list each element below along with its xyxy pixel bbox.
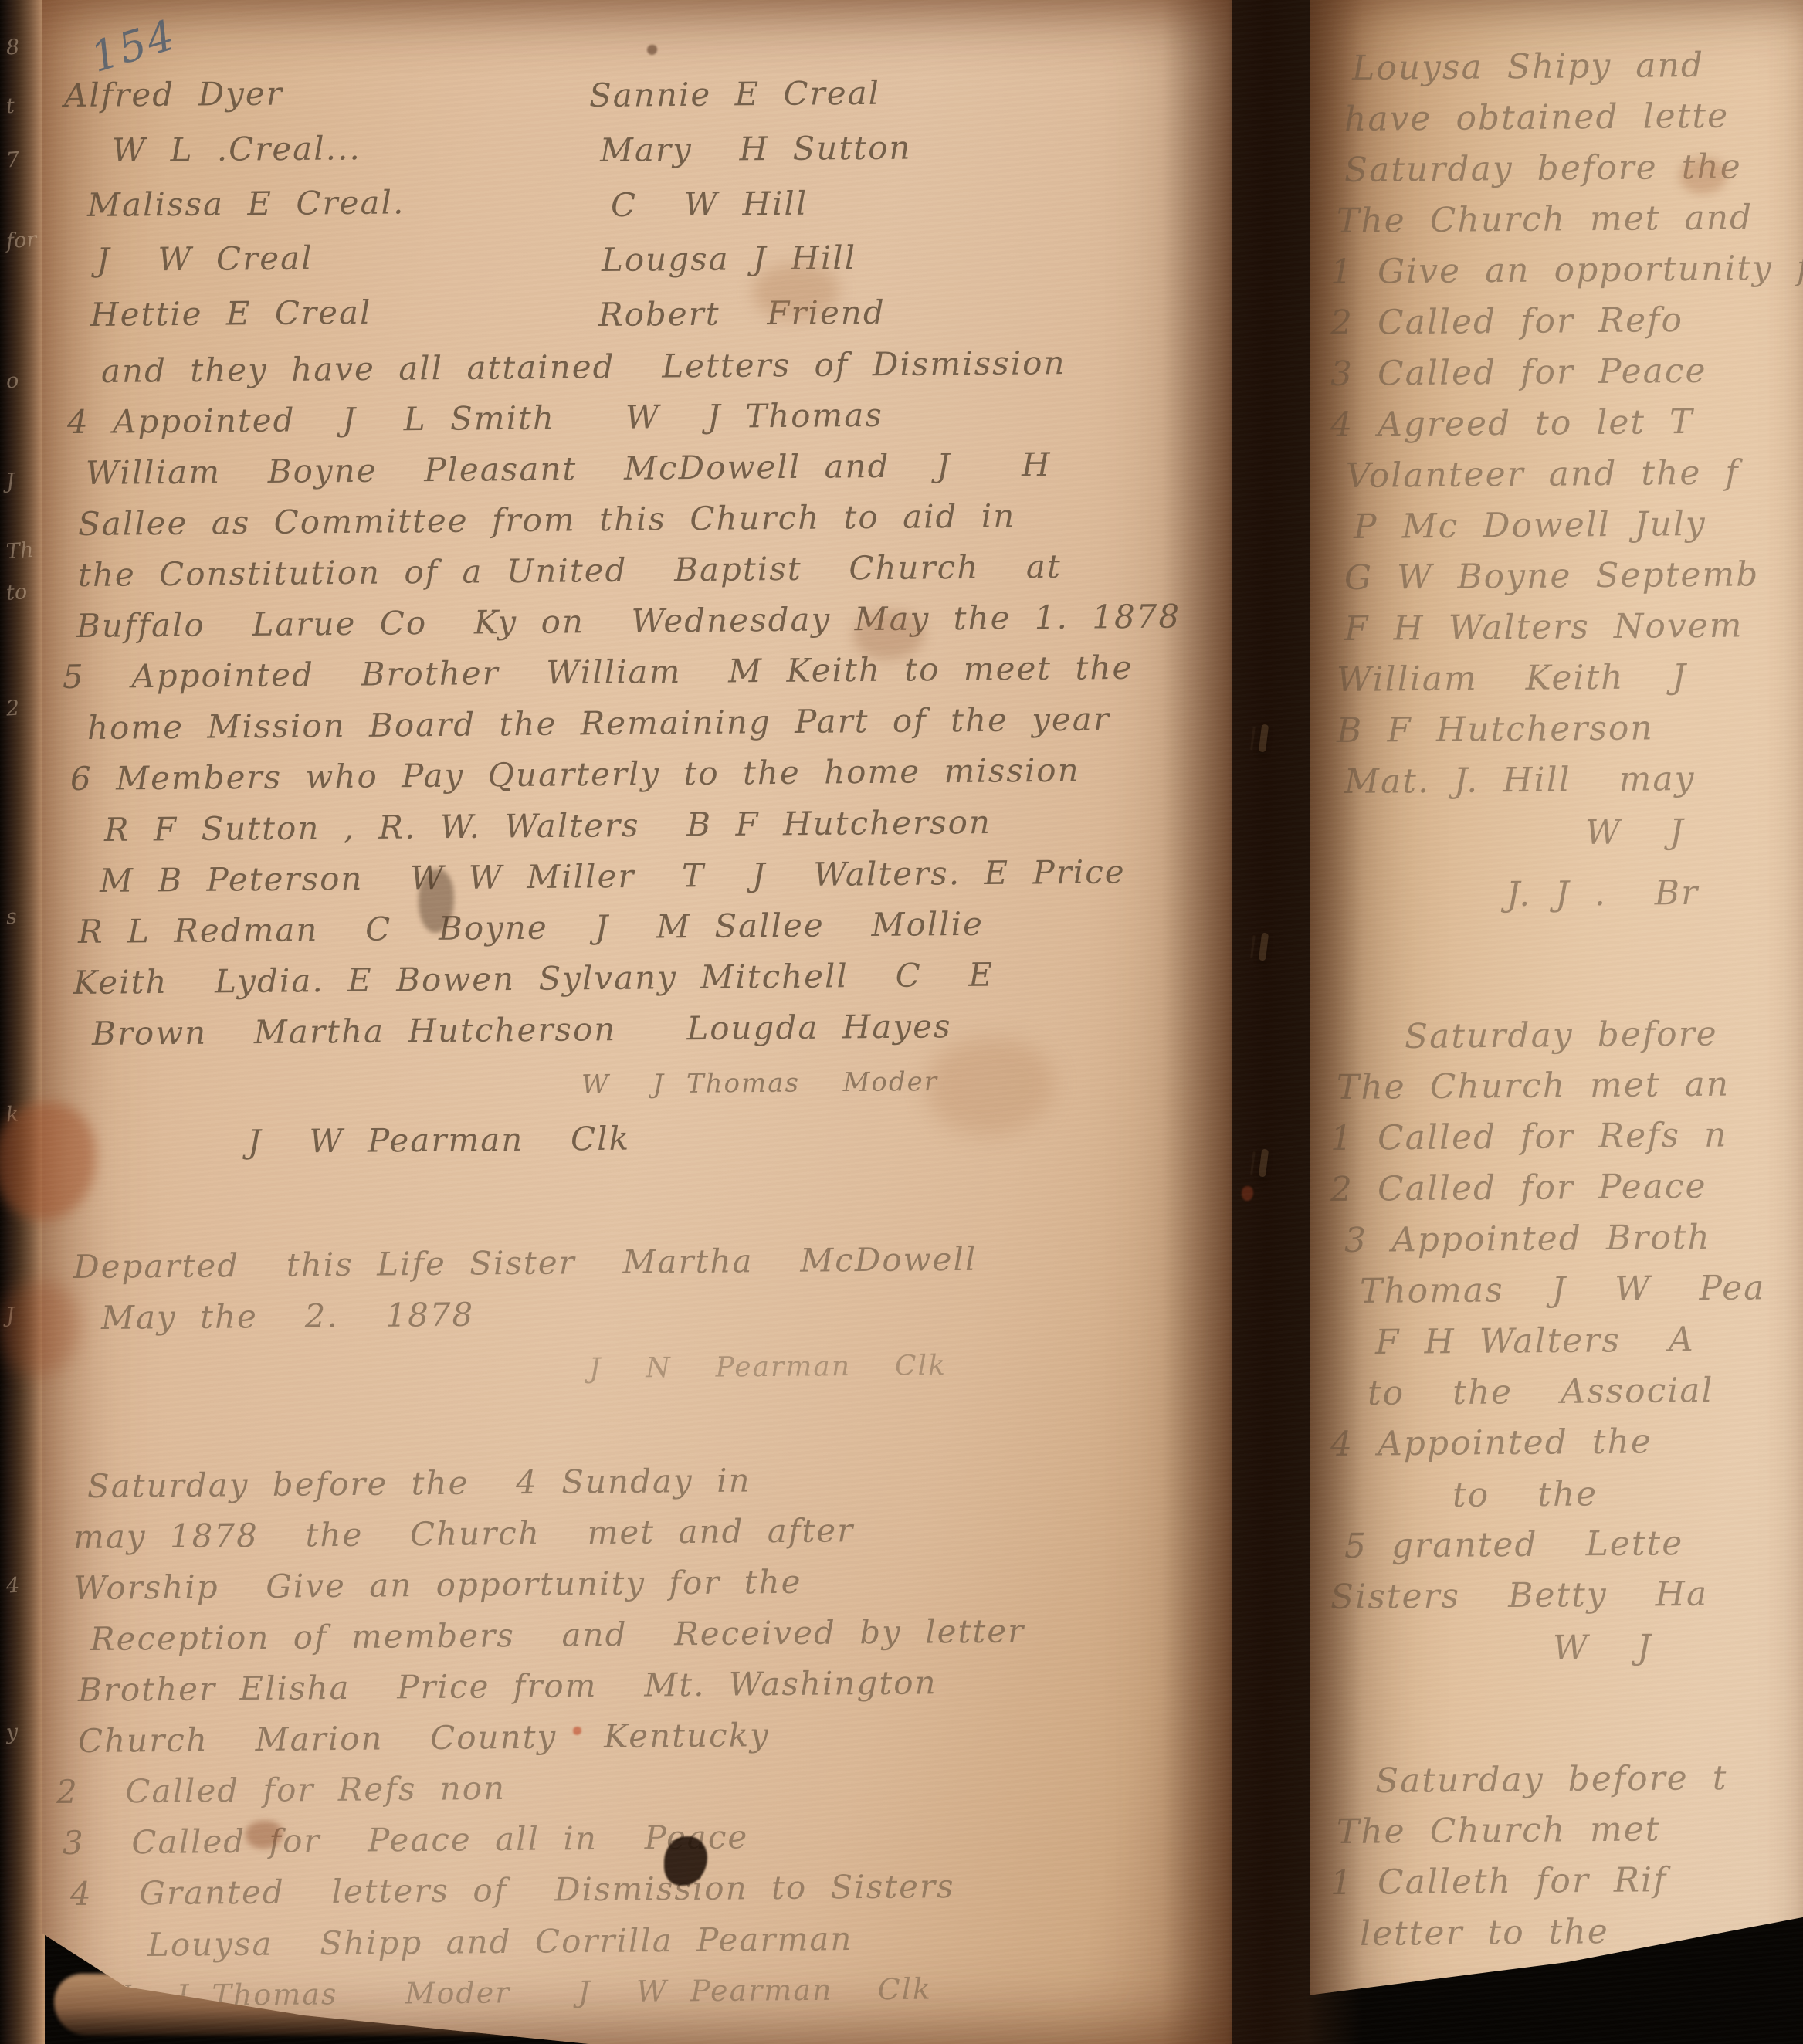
- manuscript-line: Thomas J W Pea: [1360, 1262, 1803, 1317]
- manuscript-line: 5 granted Lette: [1344, 1517, 1803, 1572]
- edge-writing-fragment: 8: [5, 35, 20, 59]
- manuscript-line: 2 Called for Refo: [1330, 293, 1803, 349]
- manuscript-line: J. J . Br: [1506, 866, 1803, 920]
- manuscript-line: P Mc Dowell July: [1354, 497, 1803, 553]
- minutes-text: and they have all attained Letters of Di…: [56, 346, 1222, 2022]
- manuscript-line: Mat. J. Hill may: [1344, 752, 1803, 808]
- name-list-left-column: Alfred DyerW L .Creal...Malissa E Creal.…: [56, 68, 512, 342]
- open-journal-photo: 8t7foroJThto2skJ4y 154 Alfred DyerW L .C…: [0, 0, 1803, 2044]
- manuscript-line: 5 Appointed Brother William M Keith to m…: [63, 642, 1223, 703]
- edge-writing-fragment: 4: [5, 1573, 20, 1598]
- manuscript-line: letter to the: [1360, 1904, 1803, 1960]
- manuscript-line: W J: [1585, 805, 1803, 859]
- right-page: Louysa Shipy andhave obtained letteSatur…: [1310, 0, 1803, 2044]
- left-page: 154 Alfred DyerW L .Creal...Malissa E Cr…: [42, 0, 1232, 2044]
- manuscript-line: 2 Called for Peace: [1330, 1159, 1803, 1215]
- manuscript-line: 3 Appointed Broth: [1344, 1211, 1803, 1266]
- member-name: C W Hill: [611, 173, 1184, 232]
- member-name: Malissa E Creal.: [87, 174, 513, 232]
- edge-writing-fragment: 2: [5, 696, 20, 720]
- stitch-thread: [1259, 1149, 1269, 1178]
- manuscript-line: May the 2. 1878: [101, 1283, 1223, 1344]
- manuscript-line: Worship Give an opportunity for the: [73, 1553, 1223, 1614]
- member-name: Robert Friend: [598, 282, 1184, 342]
- manuscript-line: G W Boyne Septemb: [1344, 548, 1803, 604]
- edge-writing-fragment: Th: [5, 538, 34, 564]
- manuscript-line: Keith Lydia. E Bowen Sylvany Mitchell C …: [73, 947, 1223, 1008]
- manuscript-line: Brown Martha Hutcherson Lougda Hayes: [92, 998, 1223, 1059]
- manuscript-line: Louysa Shipy and: [1352, 39, 1803, 94]
- edge-writing-fragment: J: [5, 1303, 15, 1328]
- manuscript-line: Saturday before the: [1344, 141, 1803, 196]
- manuscript-line: Saturday before t: [1375, 1751, 1803, 1807]
- minutes-text-continued: Louysa Shipy andhave obtained letteSatur…: [1330, 43, 1803, 1960]
- member-name: Hettie E Creal: [90, 283, 513, 342]
- member-name: W L .Creal...: [112, 119, 513, 178]
- manuscript-line: J W Pearman Clk: [248, 1108, 1223, 1168]
- manuscript-line: B F Hutcherson: [1337, 700, 1803, 757]
- manuscript-line: 4 Appointed the: [1330, 1414, 1803, 1470]
- manuscript-line: 6 Members who Pay Quarterly to the home …: [70, 744, 1223, 805]
- edge-writing-fragment: 7: [5, 147, 20, 172]
- stitch-thread: [1259, 933, 1269, 961]
- manuscript-line: Departed this Life Sister Martha McDowel…: [73, 1232, 1223, 1293]
- manuscript-line: Volanteer and the f: [1346, 446, 1803, 502]
- member-name: Sannie E Creal: [589, 63, 1184, 123]
- manuscript-line: F H Walters Novem: [1344, 599, 1803, 655]
- edge-writing-fragment: k: [5, 1102, 19, 1127]
- member-name: J W Creal: [97, 229, 513, 287]
- manuscript-line: Sisters Betty Ha: [1330, 1567, 1803, 1623]
- manuscript-line: 4 Agreed to let T: [1330, 395, 1803, 451]
- manuscript-line: to the: [1452, 1466, 1803, 1521]
- edge-writing-fragment: s: [5, 905, 18, 930]
- edge-writing-fragment: J: [5, 469, 15, 494]
- edge-writing-fragment: to: [5, 580, 28, 605]
- member-name: Mary H Sutton: [600, 117, 1184, 178]
- manuscript-line: 4 Granted letters of Dismission to Siste…: [70, 1859, 1223, 1920]
- manuscript-line: 1 Calleth for Rif: [1330, 1852, 1803, 1909]
- manuscript-line: F H Walters A: [1375, 1313, 1803, 1368]
- edge-writing-fragment: o: [5, 368, 19, 393]
- manuscript-line: to the Associal: [1368, 1364, 1803, 1419]
- member-name: Lougsa J Hill: [602, 227, 1184, 287]
- manuscript-line: William Keith J: [1337, 649, 1803, 706]
- member-name: Alfred Dyer: [64, 64, 513, 123]
- manuscript-line: 3 Called for Peace: [1330, 344, 1803, 400]
- manuscript-line: 1 Called for Refs n: [1330, 1108, 1803, 1164]
- manuscript-line: have obtained lette: [1344, 90, 1803, 145]
- manuscript-line: The Church met: [1337, 1802, 1803, 1858]
- edge-writing-fragment: t: [5, 94, 15, 119]
- edge-writing-fragment: y: [5, 1720, 19, 1745]
- edge-writing-fragment: for: [5, 228, 37, 254]
- manuscript-line: W J Thomas Moder: [581, 1054, 1223, 1110]
- manuscript-line: J N Pearman Clk: [589, 1338, 1223, 1395]
- manuscript-line: The Church met and: [1337, 191, 1803, 247]
- manuscript-line: 1 Give an opportunity f: [1330, 242, 1803, 298]
- manuscript-line: Saturday before: [1405, 1007, 1803, 1063]
- manuscript-line: W J: [1553, 1620, 1803, 1674]
- stitch-thread: [1259, 724, 1269, 753]
- page-stack-edge: 8t7foroJThto2skJ4y: [0, 0, 45, 2044]
- speck: [1242, 1186, 1253, 1201]
- name-list-right-column: Sannie E CrealMary H SuttonC W HillLougs…: [520, 68, 1184, 342]
- manuscript-line: The Church met an: [1337, 1057, 1803, 1114]
